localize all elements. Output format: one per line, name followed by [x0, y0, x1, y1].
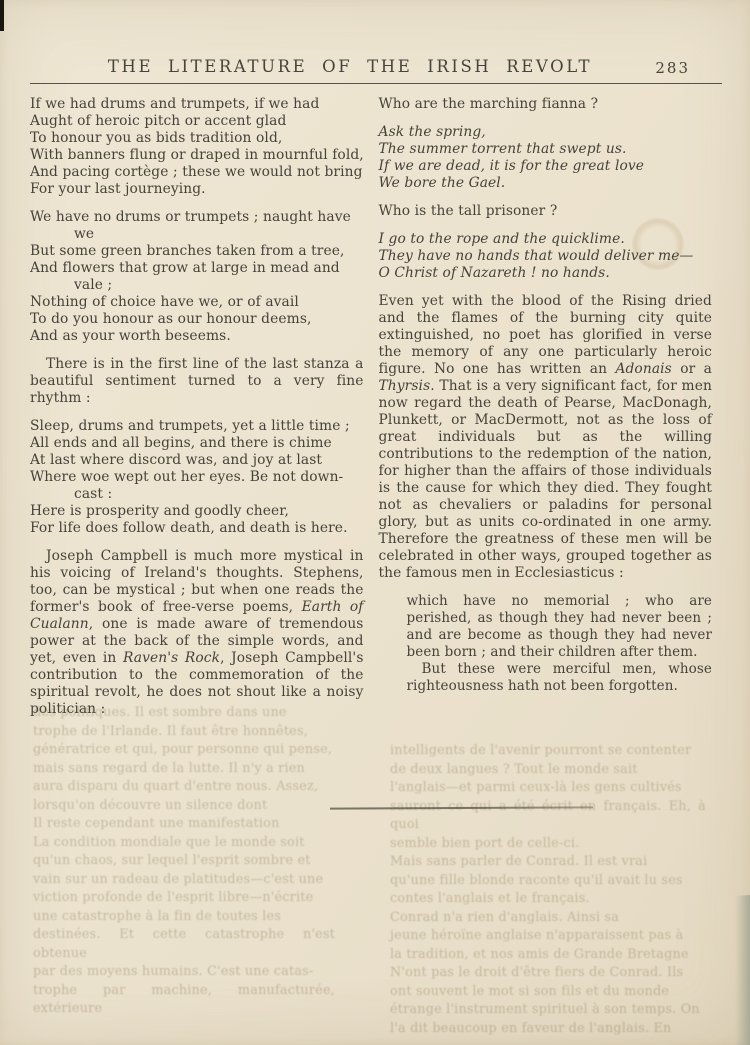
- verse-line: If we had drums and trumpets, if we had: [30, 96, 364, 113]
- scanned-page: THE LITERATURE OF THE IRISH REVOLT 283 I…: [0, 0, 750, 1045]
- verse-stanza: I go to the rope and the quicklime.They …: [379, 231, 713, 282]
- text-columns: If we had drums and trumpets, if we hadA…: [0, 84, 750, 729]
- verse-line: Here is prosperity and goodly cheer,: [30, 503, 364, 520]
- showthrough-line: la tradition, et nos amis de Grande Bret…: [390, 946, 706, 965]
- paragraph: Who are the marching fianna ?: [379, 96, 713, 113]
- verse-line: Sleep, drums and trumpets, yet a little …: [30, 418, 364, 435]
- quotation-paragraph: which have no memorial ; who are perishe…: [407, 593, 713, 661]
- italic-phrase: Thyrsis: [379, 378, 431, 394]
- verse-stanza: Ask the spring,The summer torrent that s…: [379, 124, 713, 192]
- showthrough-line: N'ont pas le droit d'être fiers de Conra…: [390, 964, 706, 983]
- verse-line: O Christ of Nazareth ! no hands.: [379, 265, 713, 282]
- showthrough-line: Conrad n'a rien d'anglais. Ainsi sa: [390, 909, 706, 928]
- verse-line: They have no hands that would deliver me…: [379, 248, 713, 265]
- stray-line: [330, 806, 593, 809]
- paragraph: Joseph Campbell is much more mystical in…: [30, 548, 364, 718]
- verse-stanza: We have no drums or trumpets ; naught ha…: [30, 209, 364, 345]
- text-run: . That is a very significant fact, for m…: [379, 378, 713, 581]
- showthrough-line: jeune héroïne anglaise n'apparaissent pa…: [390, 927, 706, 946]
- showthrough-line: Il reste cependant une manifestation: [33, 815, 335, 834]
- left-column: If we had drums and trumpets, if we hadA…: [30, 96, 364, 729]
- showthrough-line: l'anglais—et parmi ceux-là les gens cult…: [390, 779, 706, 798]
- quotation-block: which have no memorial ; who are perishe…: [407, 593, 713, 695]
- showthrough-line: intelligents de l'avenir pourront se con…: [390, 742, 706, 761]
- showthrough-line: La condition mondiale que le monde soit: [33, 834, 335, 853]
- verse-line: The summer torrent that swept us.: [379, 141, 713, 158]
- italic-phrase: Adonais: [615, 361, 671, 377]
- showthrough-line: mais sans regard de la lutte. Il n'y a r…: [33, 760, 335, 779]
- verse-line: cast :: [30, 486, 364, 503]
- showthrough-line: génératrice et qui, pour personne qui pe…: [33, 741, 335, 760]
- verse-line: vale ;: [30, 277, 364, 294]
- showthrough-line: aura disparu du quart d'entre nous. Asse…: [33, 778, 335, 797]
- showthrough-line: trophe par machine, manufacturée, extéri…: [33, 982, 335, 1019]
- showthrough-line: qu'une fille blonde raconte qu'il avait …: [390, 872, 706, 891]
- paragraph: Even yet with the blood of the Rising dr…: [379, 293, 713, 582]
- verse-line: All ends and all begins, and there is ch…: [30, 435, 364, 452]
- showthrough-line: de deux langues ? Tout le monde sait: [390, 761, 706, 780]
- verse-line: we: [30, 226, 364, 243]
- verse-line: We have no drums or trumpets ; naught ha…: [30, 209, 364, 226]
- verse-line: To honour you as bids tradition old,: [30, 130, 364, 147]
- verse-line: If we are dead, it is for the great love: [379, 158, 713, 175]
- page-number: 283: [655, 59, 690, 77]
- showthrough-line: viction profonde de l'esprit libre—n'écr…: [33, 889, 335, 908]
- verse-line: Where woe wept out her eyes. Be not down…: [30, 469, 364, 486]
- scan-edge-mark: [0, 0, 4, 31]
- page-edge-shadow: [735, 895, 750, 1045]
- italic-phrase: Raven's Rock: [123, 650, 220, 666]
- showthrough-line: sauront ce qui a été écrit en français. …: [390, 798, 706, 835]
- verse-line: Aught of heroic pitch or accent glad: [30, 113, 364, 130]
- verse-line: Ask the spring,: [379, 124, 713, 141]
- paragraph: Who is the tall prisoner ?: [379, 203, 713, 220]
- showthrough-line: semble bien port de celle-ci.: [390, 835, 706, 854]
- paragraph: There is in the first line of the last s…: [30, 356, 364, 407]
- verse-stanza: Sleep, drums and trumpets, yet a little …: [30, 418, 364, 537]
- verse-line: We bore the Gael.: [379, 175, 713, 192]
- verse-line: But some green branches taken from a tre…: [30, 243, 364, 260]
- showthrough-line: par des moyens humains. C'est une catas-: [33, 963, 335, 982]
- showthrough-line: Mais sans parler de Conrad. Il est vrai: [390, 853, 706, 872]
- verse-line: And pacing cortège ; these we would not …: [30, 164, 364, 181]
- showthrough-line: ont souvent le mot si son fils et du mon…: [390, 983, 706, 1002]
- verse-line: For life does follow death, and death is…: [30, 520, 364, 537]
- showthrough-line: qu'un chaos, sur lequel l'esprit sombre …: [33, 852, 335, 871]
- right-column: Who are the marching fianna ?Ask the spr…: [379, 96, 713, 695]
- verse-line: Nothing of choice have we, or of avail: [30, 294, 364, 311]
- showthrough-text-right: intelligents de l'avenir pourront se con…: [390, 742, 706, 1038]
- showthrough-line: une catastrophe à la fin de toutes les: [33, 908, 335, 927]
- verse-line: At last where discord was, and joy at la…: [30, 452, 364, 469]
- verse-line: And as your worth beseems.: [30, 328, 364, 345]
- verse-line: With banners flung or draped in mournful…: [30, 147, 364, 164]
- showthrough-text-left: des politiques. Il est sombre dans unetr…: [33, 704, 335, 1019]
- verse-line: I go to the rope and the quicklime.: [379, 231, 713, 248]
- running-head: THE LITERATURE OF THE IRISH REVOLT 283: [30, 0, 722, 76]
- page-title: THE LITERATURE OF THE IRISH REVOLT: [108, 57, 592, 76]
- showthrough-line: destinées. Et cette catastrophe n'est ob…: [33, 926, 335, 963]
- showthrough-line: étrange l'instrument spirituel à son tem…: [390, 1001, 706, 1020]
- verse-line: To do you honour as our honour deems,: [30, 311, 364, 328]
- showthrough-line: contes l'anglais et le français.: [390, 890, 706, 909]
- showthrough-line: vain sur un radeau de platitudes—c'est u…: [33, 871, 335, 890]
- verse-line: For your last journeying.: [30, 181, 364, 198]
- quotation-paragraph: But these were merciful men, whose right…: [407, 661, 713, 695]
- text-run: or a: [672, 361, 712, 377]
- showthrough-line: lorsqu'on découvre un silence dont: [33, 797, 335, 816]
- verse-stanza: If we had drums and trumpets, if we hadA…: [30, 96, 364, 198]
- showthrough-line: l'a dit beaucoup en faveur de l'anglais.…: [390, 1020, 706, 1039]
- verse-line: And flowers that grow at large in mead a…: [30, 260, 364, 277]
